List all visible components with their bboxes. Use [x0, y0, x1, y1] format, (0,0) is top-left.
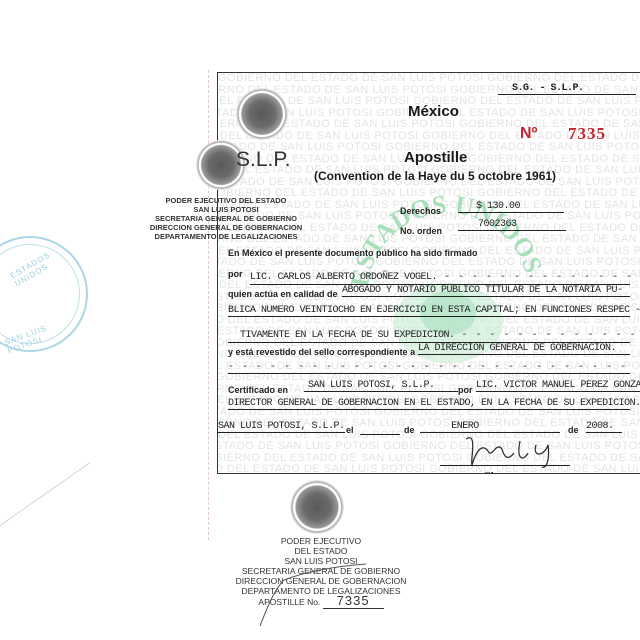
- number-label: Nº: [520, 125, 537, 143]
- capacity-line-2: BLICA NUMERO VEINTIOCHO EN EJERCICIO EN …: [228, 305, 630, 317]
- blue-stamp-text-top: ESTADOS UNIDOS: [9, 234, 86, 289]
- mexico-coat-of-arms-seal-bottom: [290, 480, 344, 534]
- de-label: de: [404, 425, 415, 435]
- signature-label: Firma: [484, 471, 514, 474]
- office-stamp-line: DEL ESTADO: [226, 546, 416, 556]
- capacity-line-1: ABOGADO Y NOTARIO PUBLICO TITULAR DE LA …: [342, 285, 630, 297]
- day-value: [360, 423, 400, 435]
- filler-dashes-row: - - - - - - - - - - - - - - - - - - - - …: [228, 362, 630, 374]
- el-label: el: [346, 425, 354, 435]
- slp-logo-text: S.L.P.: [236, 148, 291, 172]
- certified-label: Certificado en: [228, 385, 288, 395]
- derechos-value: $ 130.00: [458, 201, 564, 213]
- certified-place: SAN LUIS POTOSI, S.L.P.: [304, 380, 458, 392]
- signer-line: LIC. CARLOS ALBERTO ORDOÑEZ VOGEL. - - -…: [250, 266, 630, 285]
- capacity-line-3-row: TIVAMENTE EN LA FECHA DE SU EXPEDICION. …: [228, 324, 630, 343]
- office-stamp-line: DIRECCION GENERAL DE GOBERNACION: [140, 223, 312, 232]
- office-stamp-line: PODER EJECUTIVO: [226, 536, 416, 546]
- scan-artifact-line: [0, 462, 91, 526]
- country-title: México: [408, 103, 459, 120]
- signature-line: [440, 465, 570, 466]
- blue-stamp-text-bottom: SAN LUIS POTOSI: [3, 311, 86, 356]
- filler-dashes: - - - - - - - - - - - - - - -: [437, 272, 640, 283]
- office-stamp-line: PODER EJECUTIVO DEL ESTADO: [140, 196, 312, 205]
- mexico-coat-of-arms-seal-top: [236, 88, 288, 140]
- office-stamp-line: SAN LUIS POTOSI: [140, 205, 312, 214]
- header-reference: S.G. - S.L.P.: [498, 83, 636, 95]
- filler-dashes: - - - - - - - - - - - - - - - -: [455, 330, 640, 341]
- por-label: por: [228, 269, 243, 279]
- page-edge-line: [208, 70, 210, 540]
- office-stamp-line: SECRETARIA GENERAL DE GOBIERNO: [140, 214, 312, 223]
- capacity-label: quien actúa en calidad de: [228, 289, 338, 299]
- seal-value: LA DIRECCION GENERAL DE GOBERNACION.: [418, 343, 630, 355]
- derechos-label: Derechos: [400, 206, 441, 216]
- capacity-line-3: TIVAMENTE EN LA FECHA DE SU EXPEDICION.: [228, 330, 455, 341]
- intro-text: En México el presente documento público …: [228, 248, 478, 258]
- apostille-number: 7335: [568, 124, 606, 144]
- initials-stroke: [250, 560, 370, 630]
- office-stamp-line: DEPARTAMENTO DE LEGALIZACIONES: [140, 232, 312, 241]
- apostille-title: Apostille: [404, 149, 467, 166]
- convention-subtitle: (Convention de la Haye du 5 octobre 1961…: [314, 169, 556, 183]
- date-place: SAN LUIS POTOSI, S.L.P.: [218, 421, 345, 433]
- year-value: 2008.: [586, 421, 622, 433]
- certified-by: LIC. VICTOR MANUEL PEREZ GONZALEZ: [476, 380, 640, 392]
- orden-label: No. orden: [400, 226, 442, 236]
- blue-circular-stamp: ESTADOS UNIDOS SAN LUIS POTOSI: [0, 236, 88, 352]
- seal-label: y está revestido del sello correspondien…: [228, 347, 415, 357]
- certified-role: DIRECTOR GENERAL DE GOBERNACION EN EL ES…: [228, 398, 630, 410]
- orden-value: 7002363: [458, 219, 566, 231]
- signer-name: LIC. CARLOS ALBERTO ORDOÑEZ VOGEL.: [250, 272, 437, 283]
- office-stamp-upper: PODER EJECUTIVO DEL ESTADO SAN LUIS POTO…: [140, 196, 312, 241]
- certified-by-label: por: [458, 385, 473, 395]
